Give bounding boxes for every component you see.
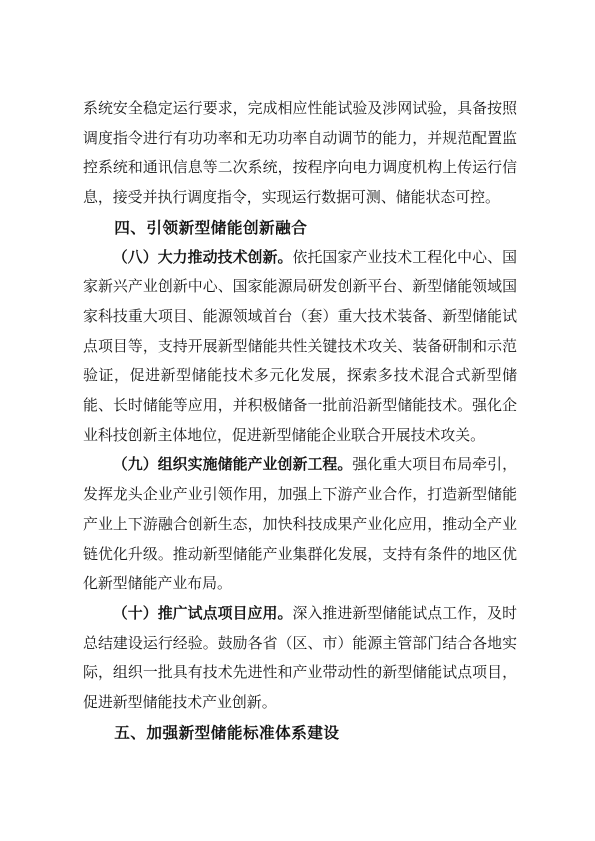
paragraph-continuation: 系统安全稳定运行要求，完成相应性能试验及涉网试验，具备按照调度指令进行有功功率和… xyxy=(83,95,517,214)
section-heading-4: 四、引领新型储能创新融合 xyxy=(83,214,517,244)
paragraph-item-8: （八）大力推动技术创新。依托国家产业技术工程化中心、国家新兴产业创新中心、国家能… xyxy=(83,244,517,452)
section-heading-5: 五、加强新型储能标准体系建设 xyxy=(83,719,517,749)
paragraph-item-8-lead: （八）大力推动技术创新。 xyxy=(113,250,293,266)
document-page: 系统安全稳定运行要求，完成相应性能试验及涉网试验，具备按照调度指令进行有功功率和… xyxy=(0,0,595,841)
paragraph-item-10-lead: （十）推广试点项目应用。 xyxy=(113,606,293,622)
paragraph-item-9-lead: （九）组织实施储能产业创新工程。 xyxy=(113,457,353,473)
paragraph-item-9-body: 强化重大项目布局牵引，发挥龙头企业产业引领作用，加强上下游产业合作，打造新型储能… xyxy=(83,457,517,592)
paragraph-item-8-body: 依托国家产业技术工程化中心、国家新兴产业创新中心、国家能源局研发创新平台、新型储… xyxy=(83,250,517,444)
paragraph-item-9: （九）组织实施储能产业创新工程。强化重大项目布局牵引，发挥龙头企业产业引领作用，… xyxy=(83,451,517,600)
paragraph-item-10: （十）推广试点项目应用。深入推进新型储能试点工作，及时总结建设运行经验。鼓励各省… xyxy=(83,600,517,719)
